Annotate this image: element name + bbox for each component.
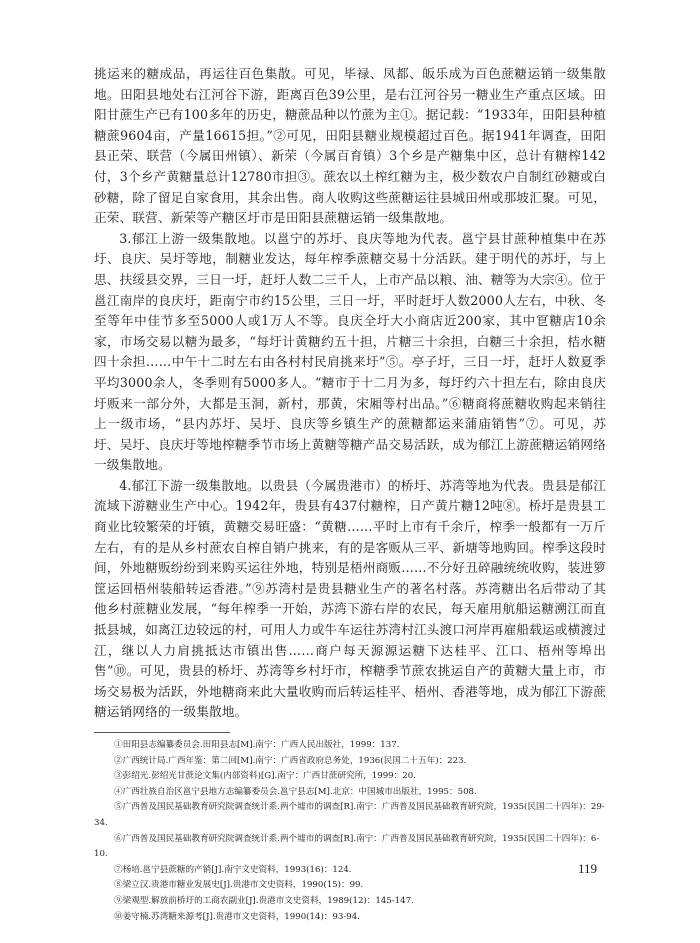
footnotes: ①田阳县志编纂委员会.田阳县志[M].南宁：广西人民出版社，1999：137. … [94, 738, 606, 925]
footnote-4: ④广西壮族自治区邕宁县地方志编纂委员会.邕宁县志[M].北京：中国城市出版社，1… [94, 785, 606, 801]
footnote-6: ⑥广西普及国民基础教育研究院调查统计系.两个墟市的调查[R].南宁：广西普及国民… [94, 832, 606, 863]
footnote-5: ⑤广西普及国民基础教育研究院调查统计系.两个墟市的调查[R].南宁：广西普及国民… [94, 800, 606, 831]
footnote-9: ⑨梁观型.解放前桥圩的工商农副业[J].贵港市文史资料，1989(12)：145… [94, 894, 606, 910]
page-number: 119 [578, 861, 597, 877]
paragraph-tianyang: 挑运来的糖成品，再运往百色集散。可见，毕禄、凤都、皈乐成为百色蔗糖运销一级集散地… [94, 64, 606, 229]
footnote-1: ①田阳县志编纂委员会.田阳县志[M].南宁：广西人民出版社，1999：137. [94, 738, 606, 754]
body-text: 挑运来的糖成品，再运往百色集散。可见，毕禄、凤都、皈乐成为百色蔗糖运销一级集散地… [94, 64, 606, 723]
footnote-2: ②广西统计局.广西年鉴：第二回[M].南宁：广西省政府总务处，1936(民国二十… [94, 754, 606, 770]
footnote-7: ⑦杨培.邕宁县蔗糖的产销[J].南宁文史资料，1993(16)：124. [94, 863, 606, 879]
footnote-3: ③彭绍光.彭绍光甘蔗论文集(内部资料)[G].南宁：广西甘蔗研究所，1999：2… [94, 769, 606, 785]
paragraph-yujiang-lower: 4.郁江下游一级集散地。以贵县（今属贵港市）的桥圩、苏湾等地为代表。贵县是郁江流… [94, 476, 606, 723]
footnote-10: ⑩姜守楠.苏湾糖来源考[J].贵港市文史资料，1990(14)：93-94. [94, 910, 606, 926]
page-content: 挑运来的糖成品，再运往百色集散。可见，毕禄、凤都、皈乐成为百色蔗糖运销一级集散地… [94, 64, 606, 925]
paragraph-yujiang-upper: 3.郁江上游一级集散地。以邕宁的苏圩、良庆等地为代表。邕宁县甘蔗种植集中在苏圩、… [94, 229, 606, 476]
footnote-separator [94, 732, 230, 733]
footnote-8: ⑧梁立汉.贵港市糖业发展史[J].贵港市文史资料，1990(15)：99. [94, 878, 606, 894]
